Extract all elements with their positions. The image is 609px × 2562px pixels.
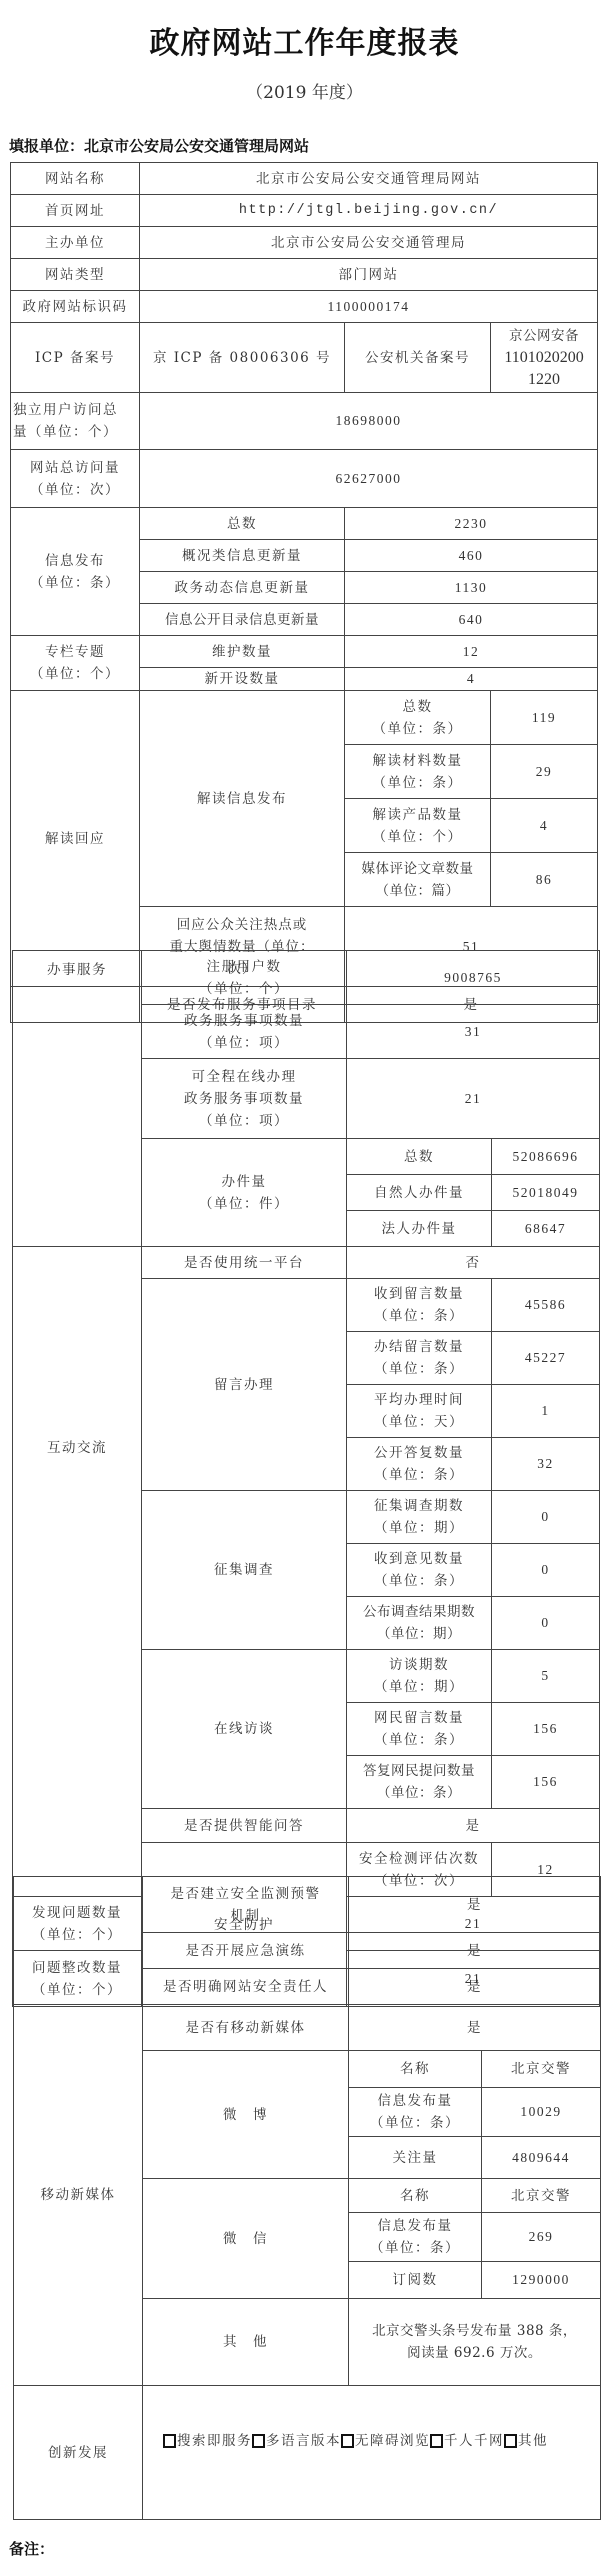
weibo-name-label: 名称 [349, 2051, 482, 2088]
label-line: 解读材料数量 [347, 750, 488, 772]
label-line: （单位：项） [144, 1110, 344, 1132]
columns-row-label: 新开设数量 [140, 668, 345, 691]
interview-row-label: 访谈期数 （单位：期） [347, 1650, 492, 1703]
total-visits-label: 网站总访问量 （单位：次） [11, 450, 140, 508]
interpret-row-label: 总数 （单位：条） [345, 691, 491, 745]
label-line: （单位：条） [349, 1464, 489, 1486]
option-label: 多语言版本 [266, 2433, 341, 2449]
columns-label: 专栏专题 （单位：个） [11, 636, 140, 691]
security-owner-label: 是否明确网站安全责任人 [143, 1969, 349, 2005]
wechat-name-value: 北京交警 [482, 2179, 601, 2213]
info-row-label: 政务动态信息更新量 [140, 572, 345, 604]
label-line: （单位：件） [144, 1193, 344, 1215]
label-line: 是否建立安全监测预警 [145, 1883, 346, 1905]
online-items-label: 可全程在线办理 政务服务事项数量 （单位：项） [142, 1059, 347, 1139]
info-row-value: 2230 [345, 508, 598, 540]
label-line: （单位：期） [349, 1676, 489, 1698]
row-registered-users: 办事服务 注册用户数 （单位：个） 9008765 [13, 951, 600, 1005]
survey-row-label: 收到意见数量 （单位：条） [347, 1544, 492, 1597]
icp-label: ICP 备案号 [11, 323, 140, 393]
label-line: 访谈期数 [349, 1654, 489, 1676]
option-search-service[interactable]: 搜索即服务 [163, 2433, 252, 2449]
label-line: 公布调查结果期数 [349, 1601, 489, 1623]
service-interaction-table: 办事服务 注册用户数 （单位：个） 9008765 政务服务事项数量 （单位：项… [12, 950, 600, 2007]
weibo-label: 微 博 [143, 2051, 349, 2179]
survey-row-label: 公布调查结果期数 （单位：期） [347, 1597, 492, 1650]
cases-row-value: 52018049 [492, 1175, 600, 1211]
label-line: 回应公众关注热点或 [142, 914, 342, 936]
homepage-label: 首页网址 [11, 195, 140, 227]
row-interpret-total: 解读回应 解读信息发布 总数 （单位：条） 119 [11, 691, 598, 745]
info-row-label: 信息公开目录信息更新量 [140, 604, 345, 636]
label-line: （单位：条） [349, 1570, 489, 1592]
registered-users-value: 9008765 [347, 951, 600, 1005]
cases-row-label: 总数 [347, 1139, 492, 1175]
survey-row-label: 征集调查期数 （单位：期） [347, 1491, 492, 1544]
icp-value: 京 ICP 备 08006306 号 [140, 323, 345, 393]
interview-row-value: 156 [492, 1756, 600, 1809]
police-record-label: 公安机关备案号 [345, 323, 491, 393]
row-total-visits: 网站总访问量 （单位：次） 62627000 [11, 450, 598, 508]
row-unified-platform: 互动交流 是否使用统一平台 否 [13, 1247, 600, 1279]
label-line: （单位：个） [347, 826, 488, 848]
messages-row-value: 1 [492, 1385, 600, 1438]
site-code-value: 1100000174 [140, 291, 598, 323]
row-site-type: 网站类型 部门网站 [11, 259, 598, 291]
interpret-row-label: 媒体评论文章数量 （单位：篇） [345, 853, 491, 907]
text-line: 阅读量 692.6 万次。 [351, 2342, 598, 2364]
row-has-media: 移动新媒体 是否有移动新媒体 是 [14, 2005, 601, 2051]
innovation-options: 搜索即服务多语言版本无障碍浏览千人千网其他 [143, 2386, 601, 2520]
label-line: 政务服务事项数量 [144, 1088, 344, 1110]
interpret-label: 解读回应 [11, 691, 140, 987]
label-line: （单位：个） [144, 978, 344, 1000]
row-columns-maintained: 专栏专题 （单位：个） 维护数量 12 [11, 636, 598, 668]
has-media-value: 是 [349, 2005, 601, 2051]
wechat-name-label: 名称 [349, 2179, 482, 2213]
label-line: （单位：篇） [347, 880, 488, 902]
info-row-label: 总数 [140, 508, 345, 540]
page-title: 政府网站工作年度报表 [0, 18, 609, 62]
basic-info-table: 网站名称 北京市公安局公安交通管理局网站 首页网址 http://jtgl.be… [10, 162, 598, 1023]
label-line: 征集调查期数 [349, 1495, 489, 1517]
sponsor-label: 主办单位 [11, 227, 140, 259]
messages-row-value: 45586 [492, 1279, 600, 1332]
label-line: 专栏专题 [13, 641, 137, 663]
police-record-line: 1220 [493, 369, 595, 391]
label-line: 注册用户数 [144, 956, 344, 978]
label-line: 可全程在线办理 [144, 1066, 344, 1088]
other-media-label: 其 他 [143, 2299, 349, 2386]
interview-row-value: 156 [492, 1703, 600, 1756]
wechat-posts-value: 269 [482, 2213, 601, 2262]
survey-label: 征集调查 [142, 1491, 347, 1650]
total-visits-value: 62627000 [140, 450, 598, 508]
cases-row-value: 68647 [492, 1211, 600, 1247]
option-personalized[interactable]: 千人千网 [430, 2433, 504, 2449]
columns-row-value: 4 [345, 668, 598, 691]
survey-row-value: 0 [492, 1544, 600, 1597]
interview-row-value: 5 [492, 1650, 600, 1703]
option-label: 无障碍浏览 [355, 2433, 430, 2449]
interpret-row-label: 解读产品数量 （单位：个） [345, 799, 491, 853]
empty-cell [14, 1877, 143, 2005]
option-label: 搜索即服务 [177, 2433, 252, 2449]
option-other[interactable]: 其他 [504, 2433, 548, 2449]
label-line: （单位：条） [349, 1305, 489, 1327]
label-line: 媒体评论文章数量 [347, 858, 488, 880]
service-items-value: 31 [347, 1005, 600, 1059]
label-line: 办结留言数量 [349, 1336, 489, 1358]
unified-platform-label: 是否使用统一平台 [142, 1247, 347, 1279]
messages-label: 留言办理 [142, 1279, 347, 1491]
label-line: 信息发布量 [351, 2090, 479, 2112]
wechat-subs-label: 订阅数 [349, 2262, 482, 2299]
label-line: 收到意见数量 [349, 1548, 489, 1570]
row-warning-mechanism: 是否建立安全监测预警 机制 是 [14, 1877, 601, 1933]
interpret-row-value: 86 [491, 853, 598, 907]
label-line: 办件量 [144, 1171, 344, 1193]
label-line: 网民留言数量 [349, 1707, 489, 1729]
media-label: 移动新媒体 [14, 2005, 143, 2386]
interpret-publish-label: 解读信息发布 [140, 691, 345, 907]
filling-unit: 填报单位：北京市公安局公安交通管理局网站 [9, 135, 309, 156]
label-line: （单位：条） [13, 572, 137, 594]
cases-row-label: 自然人办件量 [347, 1175, 492, 1211]
option-multilingual[interactable]: 多语言版本 [252, 2433, 341, 2449]
label-line: （单位：条） [351, 2112, 479, 2134]
messages-row-label: 公开答复数量 （单位：条） [347, 1438, 492, 1491]
label-line: 独立用户访问总 [13, 399, 137, 421]
police-record-value: 京公网安备 1101020200 1220 [491, 323, 598, 393]
emergency-drill-label: 是否开展应急演练 [143, 1933, 349, 1969]
police-record-line: 京公网安备 [493, 325, 595, 347]
label-line: 信息发布量 [351, 2215, 479, 2237]
smart-qa-value: 是 [347, 1809, 600, 1843]
wechat-subs-value: 1290000 [482, 2262, 601, 2299]
messages-row-label: 收到留言数量 （单位：条） [347, 1279, 492, 1332]
columns-row-label: 维护数量 [140, 636, 345, 668]
option-label: 千人千网 [444, 2433, 504, 2449]
row-innovation: 创新发展 搜索即服务多语言版本无障碍浏览千人千网其他 [14, 2386, 601, 2520]
label-line: （单位：期） [349, 1517, 489, 1539]
weibo-posts-label: 信息发布量 （单位：条） [349, 2088, 482, 2137]
info-row-value: 1130 [345, 572, 598, 604]
label-line: 解读产品数量 [347, 804, 488, 826]
site-name-value: 北京市公安局公安交通管理局网站 [140, 163, 598, 195]
other-media-value: 北京交警头条号发布量 388 条， 阅读量 692.6 万次。 [349, 2299, 601, 2386]
row-homepage: 首页网址 http://jtgl.beijing.gov.cn/ [11, 195, 598, 227]
site-name-label: 网站名称 [11, 163, 140, 195]
interaction-label: 互动交流 [13, 1247, 142, 1897]
messages-row-label: 平均办理时间 （单位：天） [347, 1385, 492, 1438]
site-type-value: 部门网站 [140, 259, 598, 291]
info-publish-label: 信息发布 （单位：条） [11, 508, 140, 636]
checkbox-icon[interactable] [252, 2434, 265, 2448]
interpret-row-value: 29 [491, 745, 598, 799]
info-row-value: 460 [345, 540, 598, 572]
label-line: （单位：条） [349, 1358, 489, 1380]
sponsor-value: 北京市公安局公安交通管理局 [140, 227, 598, 259]
weibo-followers-label: 关注量 [349, 2137, 482, 2179]
has-media-label: 是否有移动新媒体 [143, 2005, 349, 2051]
checkbox-icon[interactable] [430, 2434, 443, 2448]
cases-label: 办件量 （单位：件） [142, 1139, 347, 1247]
cases-row-value: 52086696 [492, 1139, 600, 1175]
label-line: （单位：期） [349, 1623, 489, 1645]
unique-visitors-value: 18698000 [140, 393, 598, 450]
interpret-row-value: 119 [491, 691, 598, 745]
homepage-link[interactable]: http://jtgl.beijing.gov.cn/ [140, 195, 598, 227]
info-row-label: 概况类信息更新量 [140, 540, 345, 572]
messages-row-value: 32 [492, 1438, 600, 1491]
option-label: 其他 [518, 2433, 548, 2449]
label-line: （单位：条） [347, 772, 488, 794]
label-line: 政务服务事项数量 [144, 1010, 344, 1032]
label-line: 信息发布 [13, 550, 137, 572]
police-record-line: 1101020200 [493, 347, 595, 369]
label-line: 网站总访问量 [13, 457, 137, 479]
online-items-value: 21 [347, 1059, 600, 1139]
label-line: 安全检测评估次数 [349, 1848, 489, 1870]
service-items-label: 政务服务事项数量 （单位：项） [142, 1005, 347, 1059]
site-code-label: 政府网站标识码 [11, 291, 140, 323]
unique-visitors-label: 独立用户访问总 量（单位：个） [11, 393, 140, 450]
emergency-drill-value: 是 [349, 1933, 601, 1969]
interview-label: 在线访谈 [142, 1650, 347, 1809]
report-year: （2019 年度） [0, 78, 609, 103]
innovation-label: 创新发展 [14, 2386, 143, 2520]
row-icp: ICP 备案号 京 ICP 备 08006306 号 公安机关备案号 京公网安备… [11, 323, 598, 393]
survey-row-value: 0 [492, 1597, 600, 1650]
weibo-followers-value: 4809644 [482, 2137, 601, 2179]
interpret-row-value: 4 [491, 799, 598, 853]
label-line: 总数 [347, 696, 488, 718]
survey-row-value: 0 [492, 1491, 600, 1544]
label-line: 公开答复数量 [349, 1442, 489, 1464]
columns-row-value: 12 [345, 636, 598, 668]
row-site-name: 网站名称 北京市公安局公安交通管理局网站 [11, 163, 598, 195]
service-label: 办事服务 [13, 951, 142, 1247]
warning-mechanism-value: 是 [349, 1877, 601, 1933]
info-row-value: 640 [345, 604, 598, 636]
row-info-total: 信息发布 （单位：条） 总数 2230 [11, 508, 598, 540]
unified-platform-value: 否 [347, 1247, 600, 1279]
interview-row-label: 答复网民提问数量 （单位：条） [347, 1756, 492, 1809]
checkbox-icon[interactable] [341, 2434, 354, 2448]
checkbox-icon[interactable] [163, 2434, 176, 2448]
label-line: （单位：天） [349, 1411, 489, 1433]
row-sponsor: 主办单位 北京市公安局公安交通管理局 [11, 227, 598, 259]
messages-row-label: 办结留言数量 （单位：条） [347, 1332, 492, 1385]
media-innovation-table: 是否建立安全监测预警 机制 是 是否开展应急演练 是 是否明确网站安全责任人 是… [13, 1876, 601, 2520]
weibo-posts-value: 10029 [482, 2088, 601, 2137]
interview-row-label: 网民留言数量 （单位：条） [347, 1703, 492, 1756]
label-line: （单位：个） [13, 663, 137, 685]
label-line: 答复网民提问数量 [349, 1760, 489, 1782]
label-line: 量（单位：个） [13, 421, 137, 443]
label-line: 平均办理时间 [349, 1389, 489, 1411]
weibo-name-value: 北京交警 [482, 2051, 601, 2088]
security-owner-value: 是 [349, 1969, 601, 2005]
label-line: （单位：条） [349, 1782, 489, 1804]
row-unique-visitors: 独立用户访问总 量（单位：个） 18698000 [11, 393, 598, 450]
cases-row-label: 法人办件量 [347, 1211, 492, 1247]
label-line: 机制 [145, 1905, 346, 1927]
wechat-posts-label: 信息发布量 （单位：条） [349, 2213, 482, 2262]
registered-users-label: 注册用户数 （单位：个） [142, 951, 347, 1005]
label-line: 收到留言数量 [349, 1283, 489, 1305]
wechat-label: 微 信 [143, 2179, 349, 2299]
label-line: （单位：条） [351, 2237, 479, 2259]
option-accessibility[interactable]: 无障碍浏览 [341, 2433, 430, 2449]
label-line: （单位：条） [349, 1729, 489, 1751]
text-line: 北京交警头条号发布量 388 条， [351, 2320, 598, 2342]
messages-row-value: 45227 [492, 1332, 600, 1385]
interpret-row-label: 解读材料数量 （单位：条） [345, 745, 491, 799]
smart-qa-label: 是否提供智能问答 [142, 1809, 347, 1843]
checkbox-icon[interactable] [504, 2434, 517, 2448]
warning-mechanism-label: 是否建立安全监测预警 机制 [143, 1877, 349, 1933]
row-site-code: 政府网站标识码 1100000174 [11, 291, 598, 323]
remark-label: 备注： [9, 2538, 54, 2559]
site-type-label: 网站类型 [11, 259, 140, 291]
label-line: （单位：项） [144, 1032, 344, 1054]
label-line: （单位：条） [347, 718, 488, 740]
label-line: （单位：次） [13, 479, 137, 501]
